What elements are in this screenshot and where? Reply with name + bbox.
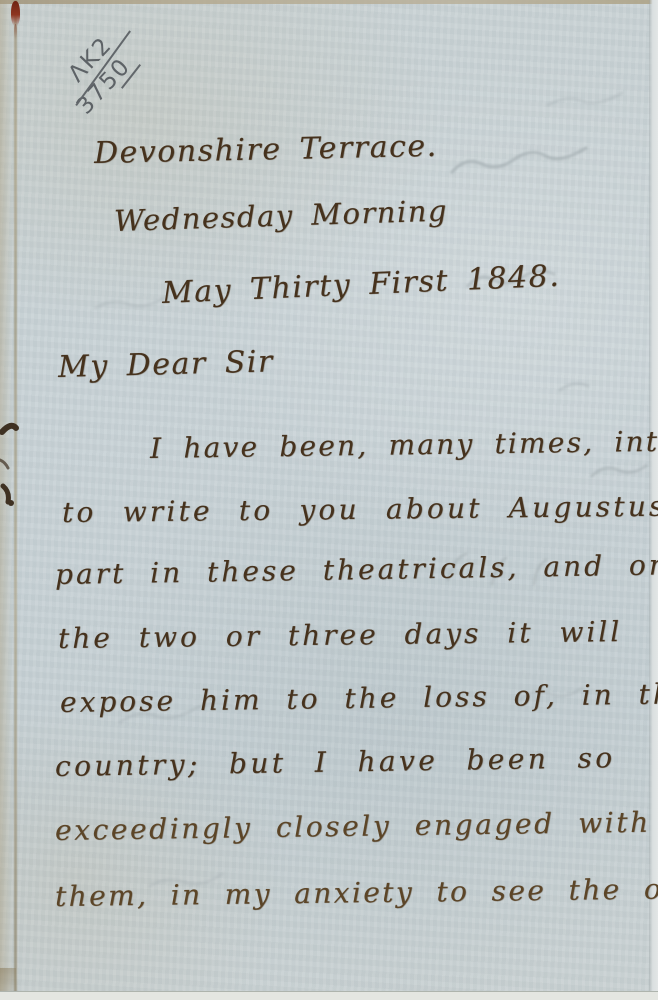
- red-stain: [11, 1, 20, 26]
- handwritten-line: part in these theatricals, and on: [55, 548, 658, 591]
- handwritten-line: to write to you about Augustus's: [62, 489, 658, 529]
- salutation-line: My Dear Sir: [58, 344, 275, 385]
- handwritten-line: them, in my anxiety to see the only: [55, 872, 658, 913]
- handwritten-line: the two or three days it will: [58, 615, 623, 655]
- archival-mark: ΛK2 3750: [51, 0, 170, 122]
- date-line: May Thirty First 1848.: [161, 259, 561, 311]
- fold-crease-line: [14, 0, 17, 1000]
- day-line: Wednesday Morning: [113, 194, 448, 238]
- handwritten-line: exceedingly closely engaged with: [55, 806, 651, 847]
- handwritten-line: country; but I have been so: [55, 741, 616, 783]
- handwritten-line: I have been, many times, intending: [150, 423, 658, 465]
- page-fold-edge: [0, 0, 14, 1000]
- page-top-edge: [0, 0, 658, 4]
- handwritten-line: expose him to the loss of, in the: [60, 677, 658, 719]
- letter-scan-page: ΛK2 3750 Devonshire Terrace. Wednesday M…: [0, 0, 658, 1000]
- address-line: Devonshire Terrace.: [94, 129, 438, 171]
- page-bottom-edge: [0, 991, 658, 1000]
- red-stain-drip: [14, 24, 17, 40]
